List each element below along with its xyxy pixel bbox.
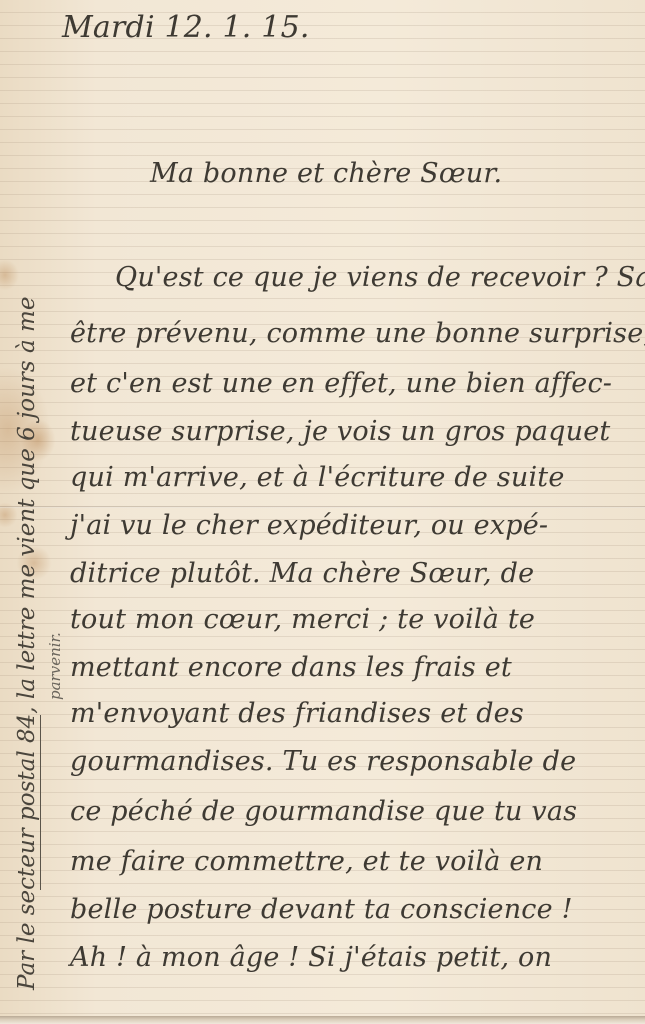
body-line: Ah ! à mon âge ! Si j'étais petit, on xyxy=(70,942,552,973)
salutation: Ma bonne et chère Sœur. xyxy=(150,158,502,189)
margin-note-vertical-continuation: parvenir. xyxy=(46,632,64,700)
body-line: j'ai vu le cher expéditeur, ou expé- xyxy=(70,510,548,541)
paper-fold-crease xyxy=(0,506,645,508)
body-line: me faire commettre, et te voilà en xyxy=(70,846,543,877)
body-line: tout mon cœur, merci ; te voilà te xyxy=(70,604,535,635)
body-line: belle posture devant ta conscience ! xyxy=(70,894,573,925)
page-bottom-edge xyxy=(0,1016,645,1024)
body-line: m'envoyant des friandises et des xyxy=(70,698,524,729)
body-line: et c'en est une en effet, une bien affec… xyxy=(70,368,612,399)
margin-underline-stroke xyxy=(40,715,41,890)
body-line: Qu'est ce que je viens de recevoir ? San… xyxy=(115,262,645,293)
date-line: Mardi 12. 1. 15. xyxy=(62,10,310,45)
body-line: ditrice plutôt. Ma chère Sœur, de xyxy=(70,558,534,589)
body-line: mettant encore dans les frais et xyxy=(70,652,512,683)
body-line: ce péché de gourmandise que tu vas xyxy=(70,796,577,827)
body-line: gourmandises. Tu es responsable de xyxy=(70,746,576,777)
body-line: tueuse surprise, je vois un gros paquet xyxy=(70,416,610,447)
body-line: être prévenu, comme une bonne surprise, xyxy=(70,318,645,349)
margin-note-vertical: Par le secteur postal 84, la lettre me v… xyxy=(14,297,40,990)
body-line: qui m'arrive, et à l'écriture de suite xyxy=(70,462,565,493)
